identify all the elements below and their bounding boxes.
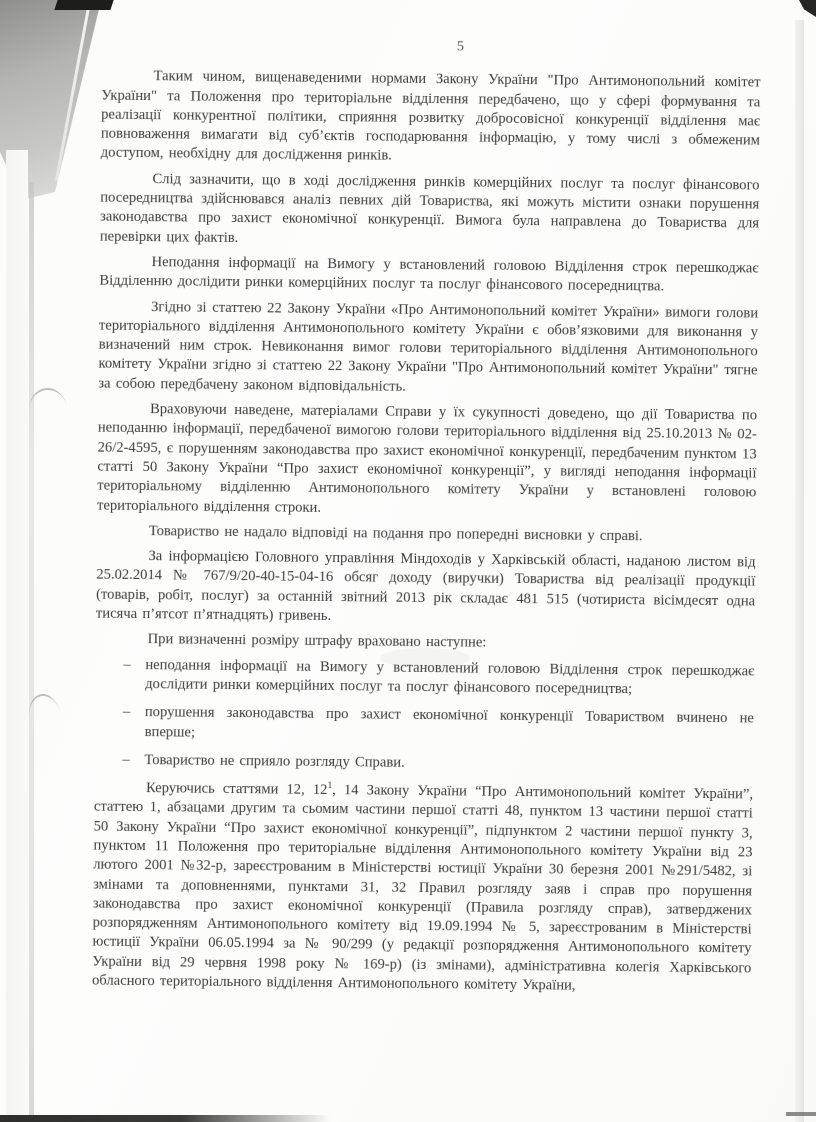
document-body: 5 Таким чином, вищенаведеними нормами За… <box>92 34 761 998</box>
page-number: 5 <box>102 34 761 60</box>
list-item: – неподання інформації на Вимогу у встан… <box>95 655 754 700</box>
scanned-document-page: 5 Таким чином, вищенаведеними нормами За… <box>0 0 816 1122</box>
paragraph-fine-considerations-lead: При визначенні розміру штрафу враховано … <box>96 630 755 656</box>
scan-right-edge-shadow <box>795 20 804 1122</box>
paragraph-no-response: Товариство не надало відповіді на поданн… <box>97 521 756 547</box>
paragraph-market-research: Слід зазначити, що в ході дослідження ри… <box>100 169 760 253</box>
paragraph-legal-basis-closing: Керуючись статтями 12, 121, 14 Закону Ук… <box>92 779 753 998</box>
paragraph-article-22: Згідно зі статтею 22 Закону України «Про… <box>98 297 758 400</box>
paragraph-intro-powers: Таким чином, вищенаведеними нормами Зако… <box>101 67 761 170</box>
scan-bottom-edge-mark <box>0 1115 330 1122</box>
scan-left-soft-shadow <box>6 150 28 1122</box>
scan-left-fold-line <box>29 182 34 1122</box>
dash-marker: – <box>123 703 130 722</box>
list-item-text: порушення законодавства про захист еконо… <box>145 704 754 740</box>
dash-marker: – <box>122 751 129 770</box>
fine-considerations-list: – неподання інформації на Вимогу у встан… <box>94 655 754 776</box>
list-item-text: неподання інформації на Вимогу у встанов… <box>145 657 754 697</box>
closing-text-pre: Керуючись статтями 12, 12 <box>146 780 328 798</box>
closing-text-post: , 14 Закону України “Про Антимонопольний… <box>92 782 753 994</box>
scan-bottom-right-mark <box>786 1112 816 1116</box>
paragraph-nonsubmission-obstruction: Неподання інформації на Вимогу у встанов… <box>99 253 758 298</box>
scan-top-edge-mark <box>54 0 113 10</box>
dash-marker: – <box>123 655 130 674</box>
list-item: – Товариство не сприяло розгляду Справи. <box>94 750 753 776</box>
scan-top-right-mark <box>796 0 816 17</box>
paragraph-violation-finding: Враховуючи наведене, матеріалами Справи … <box>97 400 757 523</box>
list-item: – порушення законодавства про захист еко… <box>95 703 754 748</box>
list-item-text: Товариство не сприяло розгляду Справи. <box>144 752 404 771</box>
paragraph-income-info: За інформацією Головного управління Мінд… <box>96 547 756 631</box>
